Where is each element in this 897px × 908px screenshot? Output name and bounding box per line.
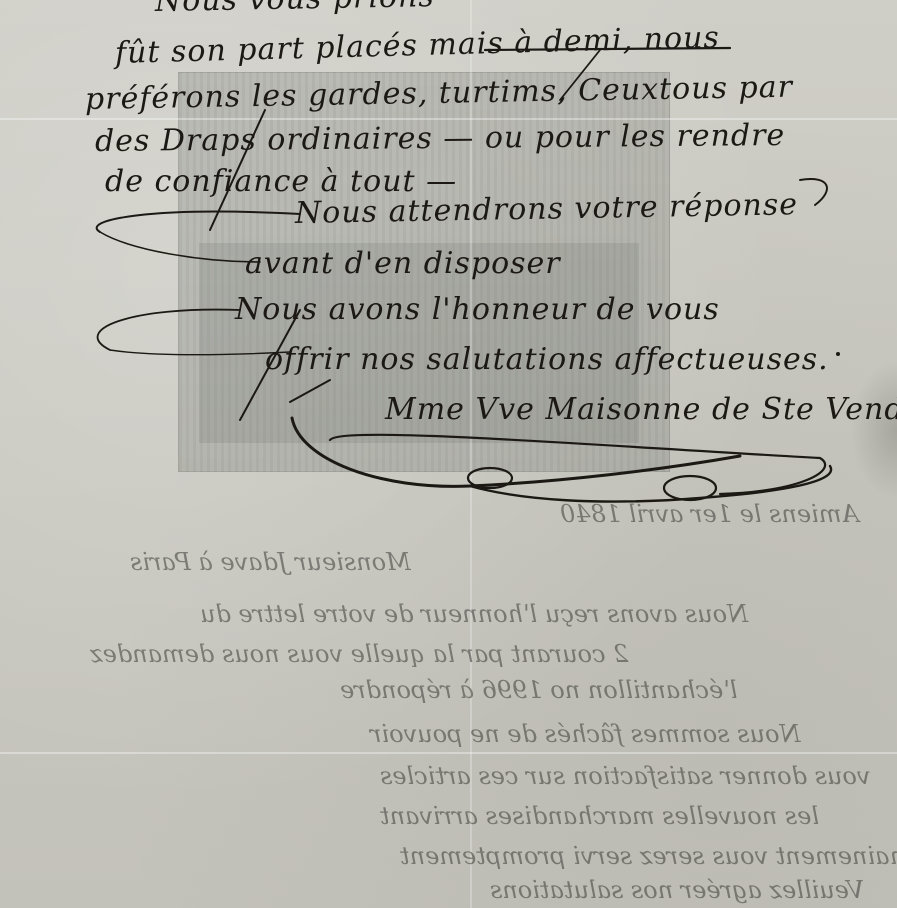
ink-flourishes — [0, 0, 897, 908]
